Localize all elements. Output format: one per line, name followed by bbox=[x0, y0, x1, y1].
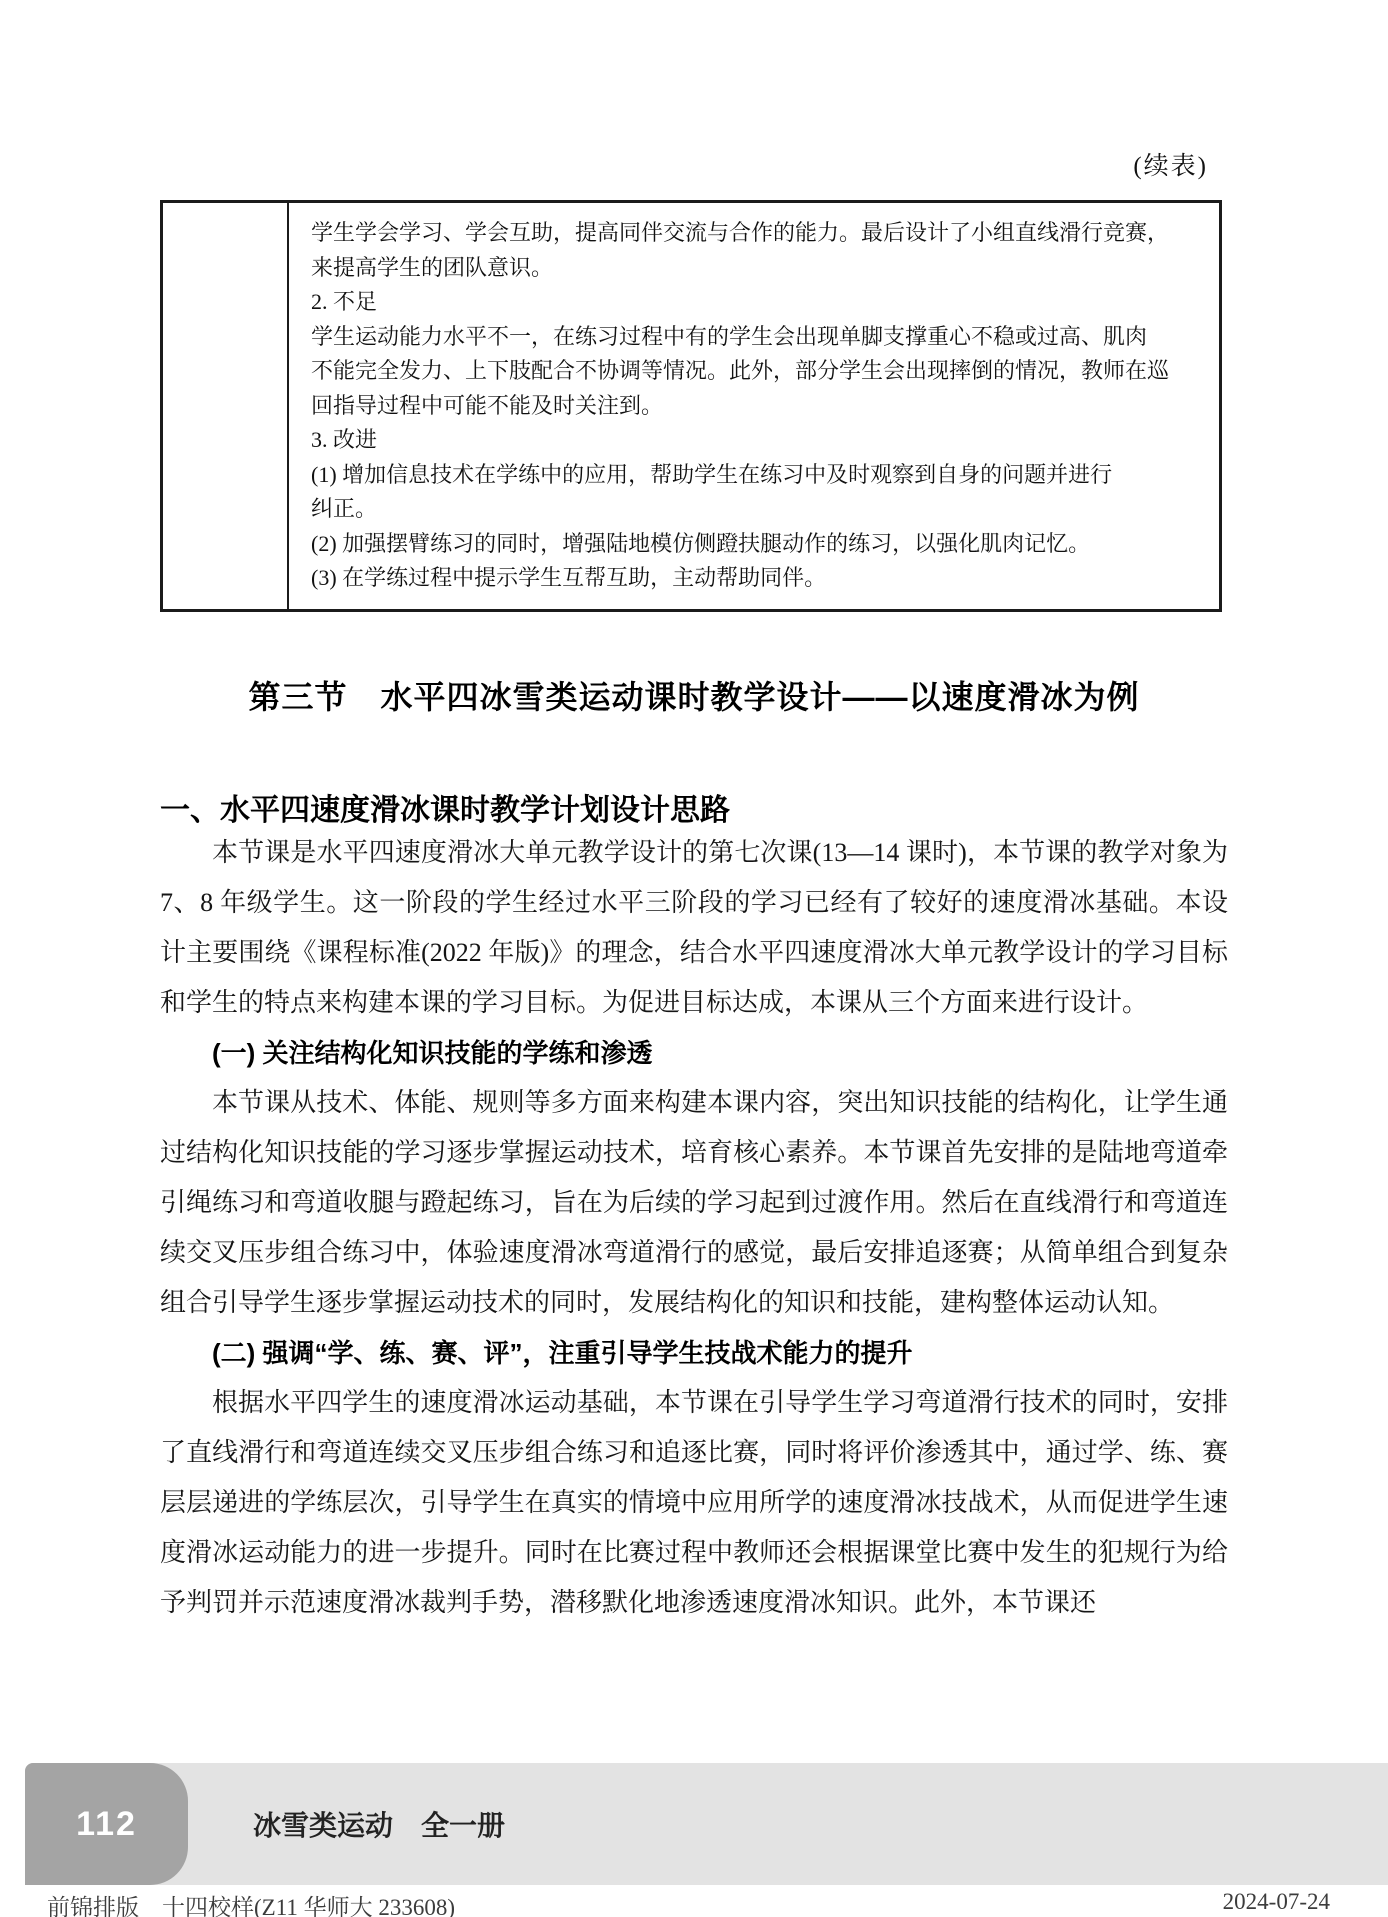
print-info-line: 前锦排版 十四校样(Z11 华师大 233608) 2024-07-24 bbox=[47, 1889, 1330, 1917]
paragraph-point-1: 本节课从技术、体能、规则等多方面来构建本课内容，突出知识技能的结构化，让学生通过… bbox=[160, 1078, 1228, 1328]
section-title: 第三节 水平四冰雪类运动课时教学设计——以速度滑冰为例 bbox=[0, 672, 1388, 718]
body-text: 本节课是水平四速度滑冰大单元教学设计的第七次课(13—14 课时)，本节课的教学… bbox=[160, 828, 1228, 1628]
book-page: (续表) 学生学会学习、学会互助，提高同伴交流与合作的能力。最后设计了小组直线滑… bbox=[0, 0, 1388, 1917]
paragraph-intro: 本节课是水平四速度滑冰大单元教学设计的第七次课(13—14 课时)，本节课的教学… bbox=[160, 828, 1228, 1028]
subsection-title: 一、水平四速度滑冰课时教学计划设计思路 bbox=[160, 785, 730, 829]
continued-table-label: (续表) bbox=[1133, 146, 1208, 182]
print-info: 前锦排版 十四校样(Z11 华师大 233608) bbox=[47, 1889, 455, 1917]
table-label-cell bbox=[162, 202, 289, 611]
footer-band: 112 冰雪类运动 全一册 bbox=[25, 1763, 1388, 1885]
table-row: 学生学会学习、学会互助，提高同伴交流与合作的能力。最后设计了小组直线滑行竞赛， … bbox=[162, 202, 1221, 611]
point-1-title: (一) 关注结构化知识技能的学练和渗透 bbox=[160, 1028, 1228, 1078]
print-date: 2024-07-24 bbox=[1223, 1889, 1330, 1917]
book-title: 冰雪类运动 全一册 bbox=[253, 1763, 505, 1885]
point-2-title: (二) 强调“学、练、赛、评”，注重引导学生技战术能力的提升 bbox=[160, 1328, 1228, 1378]
page-number-tab: 112 bbox=[25, 1763, 188, 1885]
table-content-cell: 学生学会学习、学会互助，提高同伴交流与合作的能力。最后设计了小组直线滑行竞赛， … bbox=[288, 202, 1221, 611]
page-number: 112 bbox=[76, 1805, 137, 1844]
paragraph-point-2: 根据水平四学生的速度滑冰运动基础，本节课在引导学生学习弯道滑行技术的同时，安排了… bbox=[160, 1378, 1228, 1628]
continued-table: 学生学会学习、学会互助，提高同伴交流与合作的能力。最后设计了小组直线滑行竞赛， … bbox=[160, 200, 1222, 612]
